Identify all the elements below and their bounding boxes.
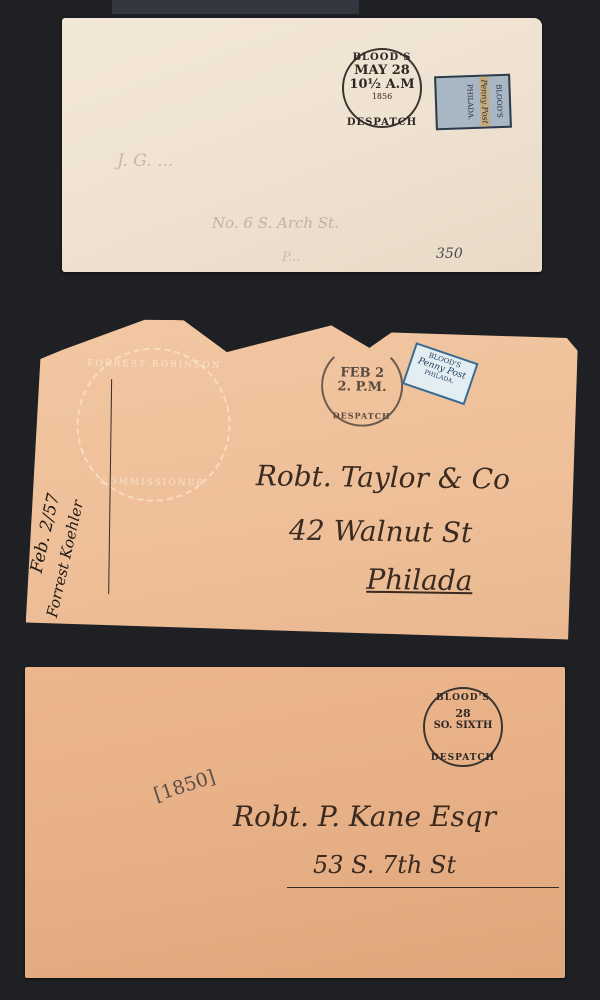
envelope-3: BLOOD'S 28 SO. SIXTH DESPATCH [1850] Rob… (25, 667, 565, 978)
postmark-2: FEB 2 2. P.M. DESPATCH (321, 344, 404, 427)
postmark-bottom-text: DESPATCH (344, 117, 420, 128)
address-line-1: Robt. P. Kane Esqr (233, 800, 496, 833)
address-line-1: Robt. Taylor & Co (256, 459, 511, 496)
emboss-bottom-text: COMMISSIONER (78, 477, 228, 489)
pencil-note: 350 (436, 246, 463, 262)
envelope-1: BLOOD'S MAY 28 10½ A.M 1856 DESPATCH BLO… (62, 18, 542, 272)
stamp-line-1: BLOOD'S (494, 76, 504, 126)
postmark-date: 28 (425, 707, 501, 720)
embossed-seal: FORREST ROBINSON COMMISSIONER (75, 347, 231, 503)
postmark-bottom-text: DESPATCH (323, 410, 401, 421)
address-line-1: J. G. ... (117, 151, 173, 171)
postmark-time: 2. P.M. (323, 380, 401, 395)
postmark-top-text: BLOOD'S (344, 52, 420, 63)
postmark-date: MAY 28 (344, 64, 420, 78)
postmark-year: 1856 (344, 92, 420, 101)
address-line-2: No. 6 S. Arch St. (212, 214, 339, 232)
postmark-3: BLOOD'S 28 SO. SIXTH DESPATCH (423, 687, 503, 767)
stamp-line-2: Penny Post (479, 76, 490, 126)
address-line-2: 53 S. 7th St (313, 851, 456, 879)
postmark-top-text: BLOOD'S (425, 693, 501, 703)
postmark-time: 10½ A.M (344, 78, 420, 92)
postmark-bottom-text: DESPATCH (425, 753, 501, 763)
bloods-penny-post-stamp: BLOOD'S Penny Post PHILADA. (434, 74, 512, 131)
pencil-note: [1850] (151, 766, 218, 806)
bloods-penny-post-stamp: BLOOD'S Penny Post PHILADA. (402, 342, 479, 405)
postmark-1: BLOOD'S MAY 28 10½ A.M 1856 DESPATCH (342, 48, 422, 128)
address-underline (287, 887, 559, 888)
emboss-top-text: FORREST ROBINSON (79, 359, 229, 371)
address-line-3: Philada (366, 563, 473, 597)
address-line-2: 42 Walnut St (289, 514, 473, 550)
address-line-3: P... (282, 250, 301, 265)
album-strip (112, 0, 359, 14)
stamp-line-3: PHILADA. (465, 77, 475, 127)
envelope-2: FORREST ROBINSON COMMISSIONER FEB 2 2. P… (26, 318, 578, 640)
postmark-street: SO. SIXTH (425, 720, 501, 731)
